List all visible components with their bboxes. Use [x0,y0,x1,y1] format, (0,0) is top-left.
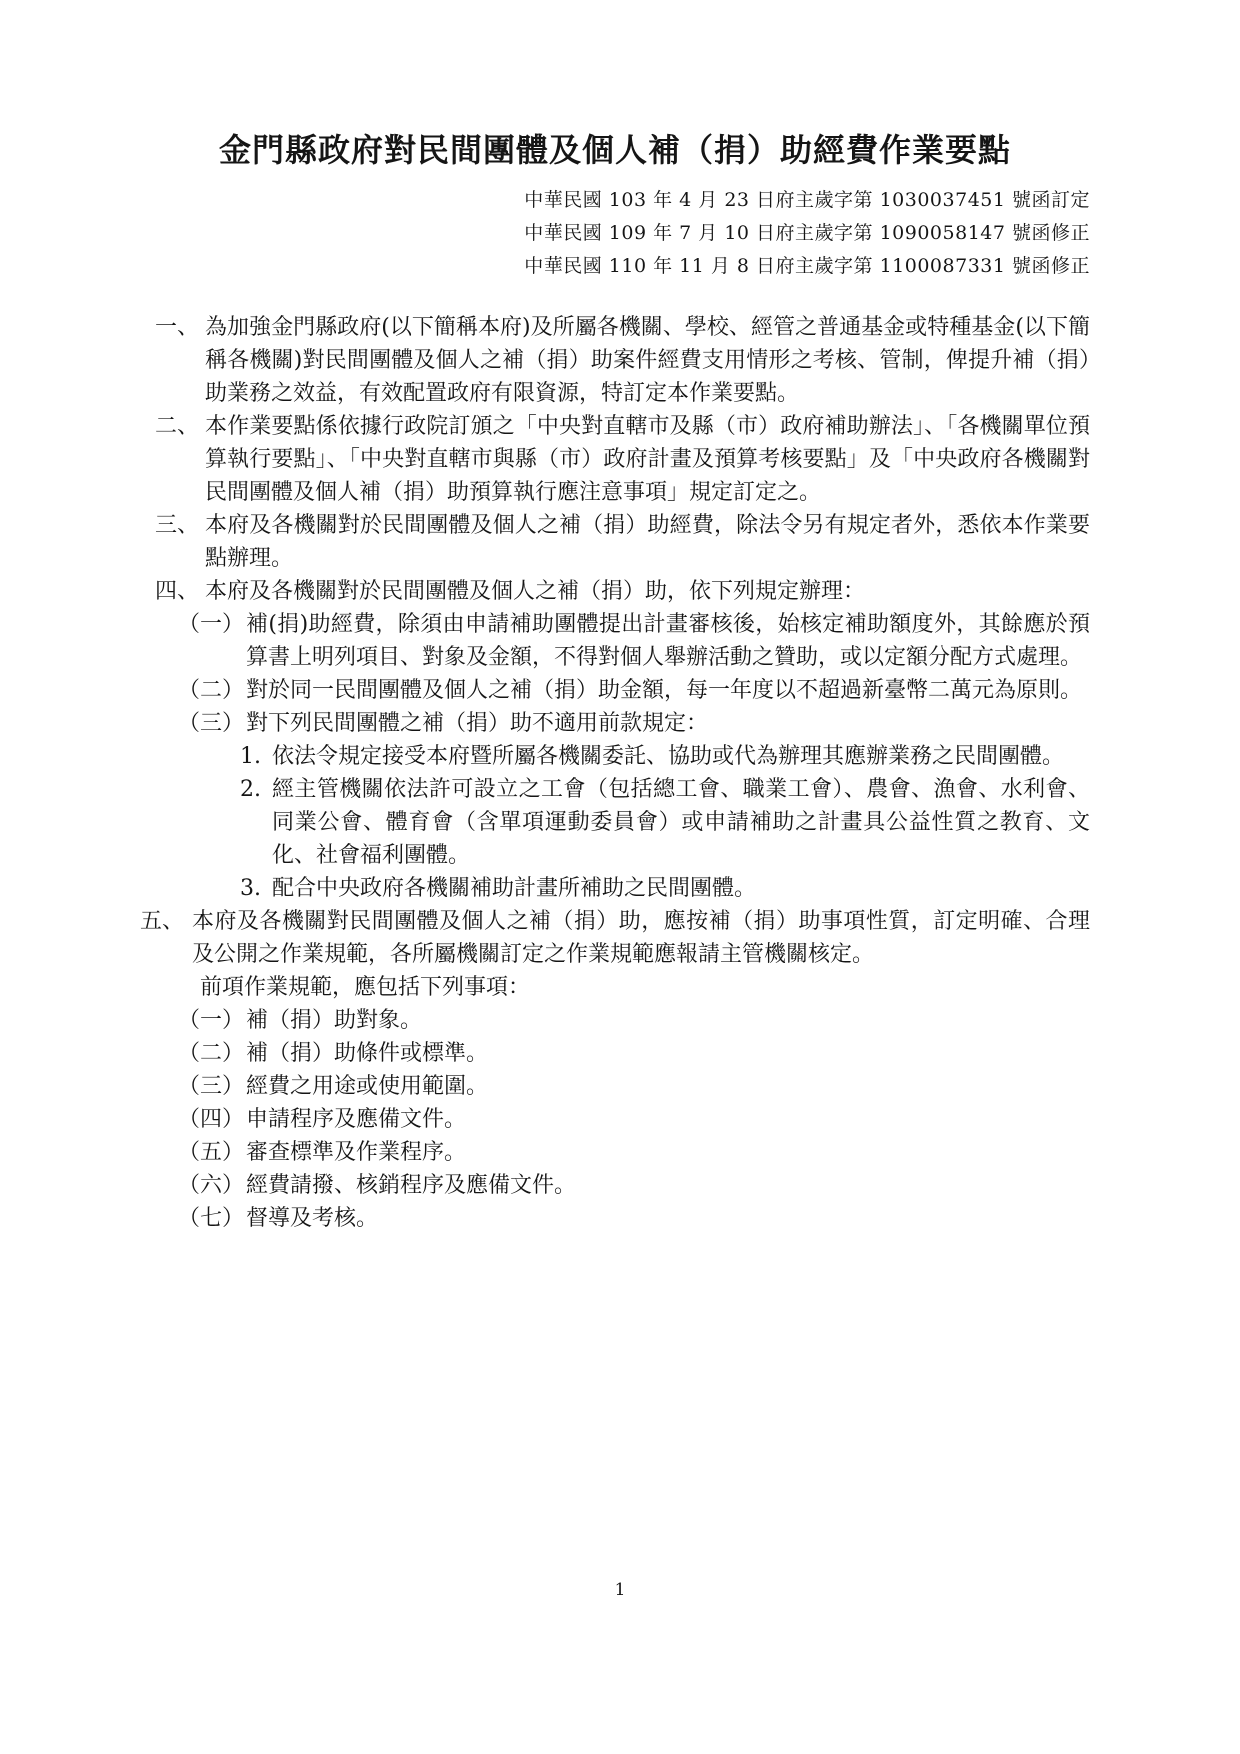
document-page: 金門縣政府對民間團體及個人補（捐）助經費作業要點 中華民國 103 年 4 月 … [0,0,1240,1754]
item-text: 補（捐）助對象。 [246,1004,1090,1037]
item-marker: （一） [178,1004,246,1037]
item-text: 前項作業規範，應包括下列事項： [200,971,1090,1004]
item-marker: （三） [178,1070,246,1103]
item-marker: 一、 [155,311,205,344]
item-text: 補(捐)助經費，除須由申請補助團體提出計畫審核後，始核定補助額度外，其餘應於預算… [246,608,1090,674]
item-marker: （二） [178,1037,246,1070]
subclause-item: （五） 審查標準及作業程序。 [178,1136,1090,1169]
clause-item: 二、 本作業要點係依據行政院訂頒之「中央對直轄市及縣（市）政府補助辦法」、「各機… [155,410,1090,509]
item-text: 本府及各機關對於民間團體及個人之補（捐）助經費，除法令另有規定者外，悉依本作業要… [205,509,1090,575]
item-marker: 五、 [140,905,192,938]
item-text: 督導及考核。 [246,1202,1090,1235]
subclause-item: （三） 對下列民間團體之補（捐）助不適用前款規定： [178,707,1090,740]
clause-item: 三、 本府及各機關對於民間團體及個人之補（捐）助經費，除法令另有規定者外，悉依本… [155,509,1090,575]
item-text: 申請程序及應備文件。 [246,1103,1090,1136]
item-marker: （七） [178,1202,246,1235]
item-marker: （五） [178,1136,246,1169]
subclause-item: （六） 經費請撥、核銷程序及應備文件。 [178,1169,1090,1202]
item-text: 補（捐）助條件或標準。 [246,1037,1090,1070]
item-marker: 1. [240,740,272,773]
page-number: 1 [0,1580,1240,1600]
item-marker: 3. [240,872,272,905]
item-text: 經主管機關依法許可設立之工會（包括總工會、職業工會）、農會、漁會、水利會、同業公… [272,773,1090,872]
document-title: 金門縣政府對民間團體及個人補（捐）助經費作業要點 [140,128,1090,172]
revision-line: 中華民國 109 年 7 月 10 日府主歲字第 1090058147 號函修正 [140,217,1090,250]
numbered-item: 2. 經主管機關依法許可設立之工會（包括總工會、職業工會）、農會、漁會、水利會、… [240,773,1090,872]
item-text: 經費之用途或使用範圍。 [246,1070,1090,1103]
item-text: 本府及各機關對於民間團體及個人之補（捐）助，依下列規定辦理： [205,575,1090,608]
subclause-item: （七） 督導及考核。 [178,1202,1090,1235]
subclause-item: （一） 補(捐)助經費，除須由申請補助團體提出計畫審核後，始核定補助額度外，其餘… [178,608,1090,674]
subclause-item: （二） 對於同一民間團體及個人之補（捐）助金額，每一年度以不超過新臺幣二萬元為原… [178,674,1090,707]
item-marker: （四） [178,1103,246,1136]
numbered-item: 1. 依法令規定接受本府暨所屬各機關委託、協助或代為辦理其應辦業務之民間團體。 [240,740,1090,773]
clause-item: 四、 本府及各機關對於民間團體及個人之補（捐）助，依下列規定辦理： [155,575,1090,608]
item-marker: （二） [178,674,246,707]
subclause-item: （三） 經費之用途或使用範圍。 [178,1070,1090,1103]
item-marker: （六） [178,1169,246,1202]
item-text: 配合中央政府各機關補助計畫所補助之民間團體。 [272,872,1090,905]
item-marker: 四、 [155,575,205,608]
clause-item: 一、 為加強金門縣政府(以下簡稱本府)及所屬各機關、學校、經管之普通基金或特種基… [155,311,1090,410]
numbered-item: 3. 配合中央政府各機關補助計畫所補助之民間團體。 [240,872,1090,905]
item-marker: （三） [178,707,246,740]
item-text: 為加強金門縣政府(以下簡稱本府)及所屬各機關、學校、經管之普通基金或特種基金(以… [205,311,1090,410]
clause-item: 五、 本府及各機關對民間團體及個人之補（捐）助，應按補（捐）助事項性質，訂定明確… [140,905,1090,971]
item-text: 對於同一民間團體及個人之補（捐）助金額，每一年度以不超過新臺幣二萬元為原則。 [246,674,1090,707]
item-text: 審查標準及作業程序。 [246,1136,1090,1169]
item-marker: 二、 [155,410,205,443]
item-text: 本作業要點係依據行政院訂頒之「中央對直轄市及縣（市）政府補助辦法」、「各機關單位… [205,410,1090,509]
item-marker: 2. [240,773,272,806]
revision-line: 中華民國 110 年 11 月 8 日府主歲字第 1100087331 號函修正 [140,250,1090,283]
document-body: 一、 為加強金門縣政府(以下簡稱本府)及所屬各機關、學校、經管之普通基金或特種基… [140,311,1090,1235]
revision-line: 中華民國 103 年 4 月 23 日府主歲字第 1030037451 號函訂定 [140,184,1090,217]
item-text: 對下列民間團體之補（捐）助不適用前款規定： [246,707,1090,740]
subclause-item: （一） 補（捐）助對象。 [178,1004,1090,1037]
item-text: 依法令規定接受本府暨所屬各機關委託、協助或代為辦理其應辦業務之民間團體。 [272,740,1090,773]
subclause-item: （二） 補（捐）助條件或標準。 [178,1037,1090,1070]
item-text: 本府及各機關對民間團體及個人之補（捐）助，應按補（捐）助事項性質，訂定明確、合理… [192,905,1090,971]
continuation-line: 前項作業規範，應包括下列事項： [200,971,1090,1004]
item-marker: （一） [178,608,246,641]
subclause-item: （四） 申請程序及應備文件。 [178,1103,1090,1136]
item-marker: 三、 [155,509,205,542]
item-text: 經費請撥、核銷程序及應備文件。 [246,1169,1090,1202]
revision-history: 中華民國 103 年 4 月 23 日府主歲字第 1030037451 號函訂定… [140,184,1090,283]
